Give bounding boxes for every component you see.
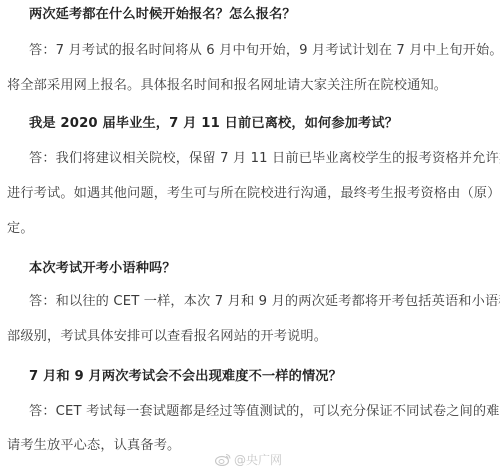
answer-text: 进行考试。如遇其他问题，考生可与所在院校进行沟通，最终考生报考资格由（原）所在院… [7,186,497,202]
answer-text: 定。 [7,221,497,237]
answer-text: 部级别，考试具体安排可以查看报名网站的开考说明。 [7,329,497,345]
answer-text: 答：CET 考试每一套试题都是经过等值测试的，可以充分保证不同试卷之间的难度一致… [29,404,500,420]
weibo-icon [215,453,231,466]
question-heading: 两次延考都在什么时候开始报名？怎么报名？ [29,7,500,23]
question-heading: 本次考试开考小语种吗？ [29,261,500,277]
question-heading: 我是 2020 届毕业生，7 月 11 日前已离校，如何参加考试？ [29,116,500,132]
answer-text: 答：和以往的 CET 一样，本次 7 月和 9 月的两次延考都将开考包括英语和小… [29,294,500,310]
watermark-text: @央广网 [234,451,282,468]
answer-text: 答：我们将建议相关院校，保留 7 月 11 日前已毕业离校学生的报考资格并允许其… [29,151,500,167]
answer-text: 答：7 月考试的报名时间将从 6 月中旬开始，9 月考试计划在 7 月中上旬开始… [29,43,500,59]
question-heading: 7 月和 9 月两次考试会不会出现难度不一样的情况？ [29,369,500,385]
source-watermark: @央广网 [215,451,282,468]
answer-text: 将全部采用网上报名。具体报名时间和报名网址请大家关注所在院校通知。 [7,78,497,94]
